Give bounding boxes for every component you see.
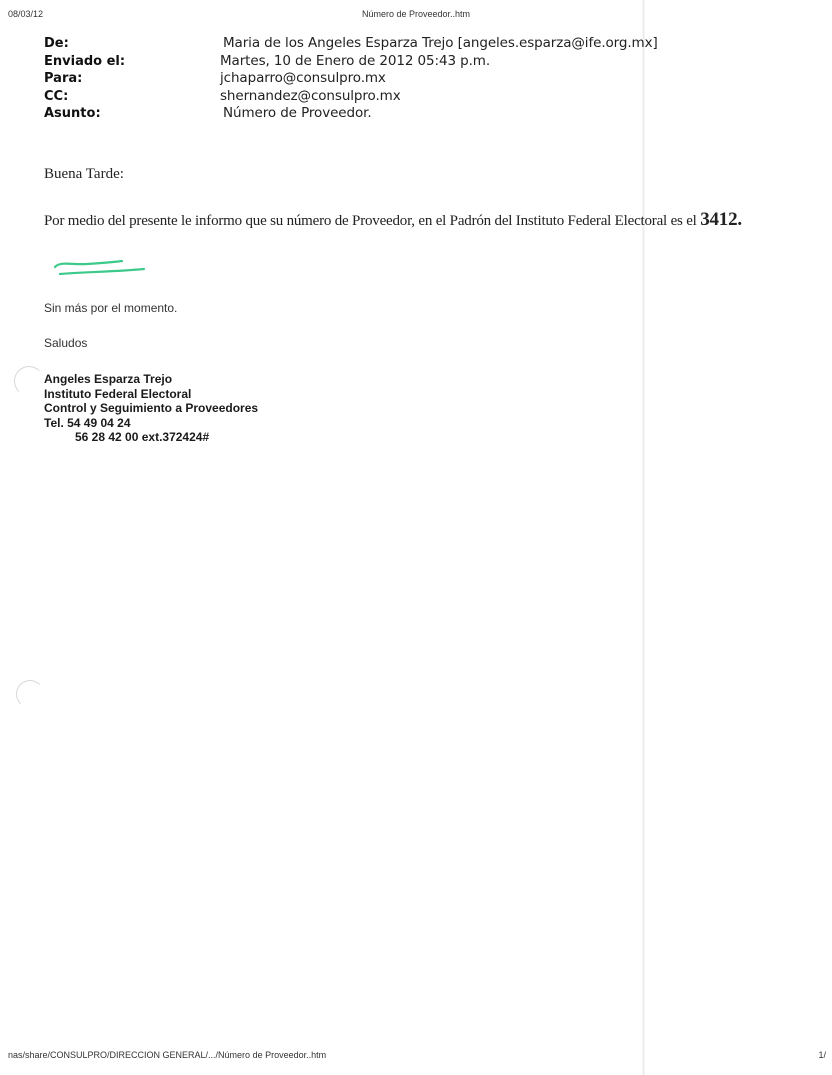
- signature-name: Angeles Esparza Trejo: [44, 372, 258, 387]
- signature-department: Control y Seguimiento a Proveedores: [44, 401, 258, 416]
- header-label: De:: [44, 35, 220, 53]
- punch-hole-mark: [16, 680, 44, 708]
- header-value: Martes, 10 de Enero de 2012 05:43 p.m.: [220, 53, 490, 71]
- signature-tel-alt: 56 28 42 00 ext.372424#: [44, 430, 258, 445]
- print-file-path: nas/share/CONSULPRO/DIRECCION GENERAL/..…: [8, 1050, 326, 1060]
- print-title: Número de Proveedor..htm: [0, 9, 832, 19]
- header-value: jchaparro@consulpro.mx: [220, 70, 386, 88]
- handwritten-underline-mark: [52, 258, 152, 278]
- scan-artifact-line: [642, 0, 645, 1075]
- header-sent: Enviado el: Martes, 10 de Enero de 2012 …: [44, 53, 658, 71]
- header-label: Asunto:: [44, 105, 220, 123]
- print-page-number: 1/: [818, 1050, 826, 1060]
- signature-block: Angeles Esparza Trejo Instituto Federal …: [44, 372, 258, 445]
- body-paragraph: Por medio del presente le informo que su…: [44, 208, 814, 233]
- header-to: Para: jchaparro@consulpro.mx: [44, 70, 658, 88]
- signature-tel: Tel. 54 49 04 24: [44, 416, 258, 431]
- email-headers: De: Maria de los Angeles Esparza Trejo […: [44, 35, 658, 123]
- header-label: Para:: [44, 70, 220, 88]
- header-from: De: Maria de los Angeles Esparza Trejo […: [44, 35, 658, 53]
- header-value: Maria de los Angeles Esparza Trejo [ange…: [220, 35, 658, 53]
- header-value: Número de Proveedor.: [220, 105, 372, 123]
- greeting: Buena Tarde:: [44, 166, 124, 183]
- signature-organization: Instituto Federal Electoral: [44, 387, 258, 402]
- closing-line: Sin más por el momento.: [44, 301, 177, 315]
- header-value: shernandez@consulpro.mx: [220, 88, 401, 106]
- header-label: Enviado el:: [44, 53, 220, 71]
- header-cc: CC: shernandez@consulpro.mx: [44, 88, 658, 106]
- header-label: CC:: [44, 88, 220, 106]
- salutation: Saludos: [44, 336, 87, 350]
- provider-number: 3412.: [700, 209, 742, 230]
- body-text: Por medio del presente le informo que su…: [44, 213, 700, 229]
- header-subject: Asunto: Número de Proveedor.: [44, 105, 658, 123]
- punch-hole-mark: [14, 366, 44, 396]
